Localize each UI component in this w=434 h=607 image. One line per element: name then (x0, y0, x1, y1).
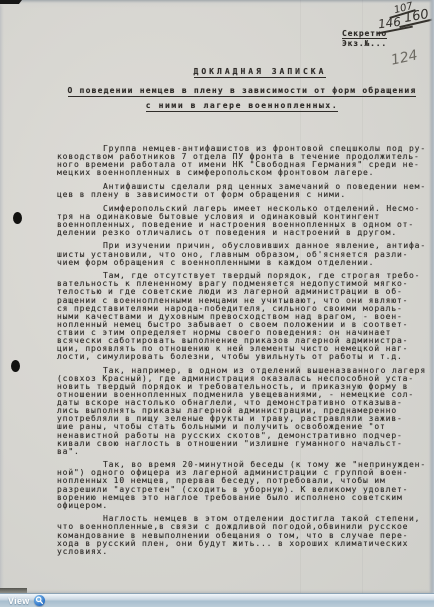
document-subtitle-line-1: О поведении немцев в плену в зависимости… (58, 86, 426, 97)
paragraph: Антифашисты сделали ряд ценных замечаний… (57, 183, 429, 199)
document-title: ДОКЛАДНАЯ ЗАПИСКА (120, 67, 400, 78)
paragraph: Группа немцев-антифашистов из фронтовой … (57, 145, 429, 177)
view-button[interactable]: View (8, 595, 45, 606)
scan-artifact (0, 0, 22, 4)
hole-punch (11, 360, 20, 372)
paper-edge-shadow (429, 0, 434, 593)
magnifier-icon[interactable] (34, 595, 45, 606)
document-paragraphs: Группа немцев-антифашистов из фронтовой … (57, 145, 429, 561)
viewer-toolbar: View (0, 593, 434, 607)
paragraph-line: кивали свою наглость в отношении "излишн… (57, 440, 429, 448)
paragraph: Там, где отсутствует твердый порядок, гд… (57, 272, 429, 361)
paragraph-line: офицером. (57, 502, 429, 510)
view-button-label: View (8, 596, 30, 606)
document-subtitle-line-2: с ними в лагере военнопленных. (58, 101, 426, 112)
paragraph: Наглость немцев в этом отделении достигл… (57, 515, 429, 555)
paragraph-line: мецких военнопленных в симферопольском ф… (57, 169, 429, 177)
paragraph: Так, например, в одном из отделений выше… (57, 367, 429, 456)
handwritten-page-number: 124 (390, 47, 419, 68)
paragraph-line: лости, симулировать болезни, чтобы увиль… (57, 353, 429, 361)
paragraph-line: делении резко отличались от поведения и … (57, 229, 429, 237)
paragraph: При изучении причин, обусловивших данное… (57, 242, 429, 266)
classification-block: Секретно Экз.№... (342, 29, 412, 48)
scanned-document-page: 107 160 146 124 Секретно Экз.№... ДОКЛАД… (0, 0, 434, 593)
copy-number-label: Экз.№... (342, 39, 412, 48)
paragraph-line: ва". (57, 448, 429, 456)
paragraph-line: хода в русский плен, они будут жить... в… (57, 540, 429, 548)
paragraph-line: условиях. (57, 548, 429, 556)
paragraph-line: чием форм обращения с военнопленными в к… (57, 259, 429, 267)
paragraph: Так, во время 20-минутной беседы (к тому… (57, 461, 429, 510)
paragraph-line: ворению немцев это наглое требование был… (57, 494, 429, 502)
hole-punch (13, 212, 22, 224)
paragraph: Симферопольский лагерь имеет несколько о… (57, 205, 429, 237)
paragraph-line: цев в плену в зависимости от форм обраще… (57, 191, 429, 199)
secrecy-label: Секретно (342, 29, 387, 39)
